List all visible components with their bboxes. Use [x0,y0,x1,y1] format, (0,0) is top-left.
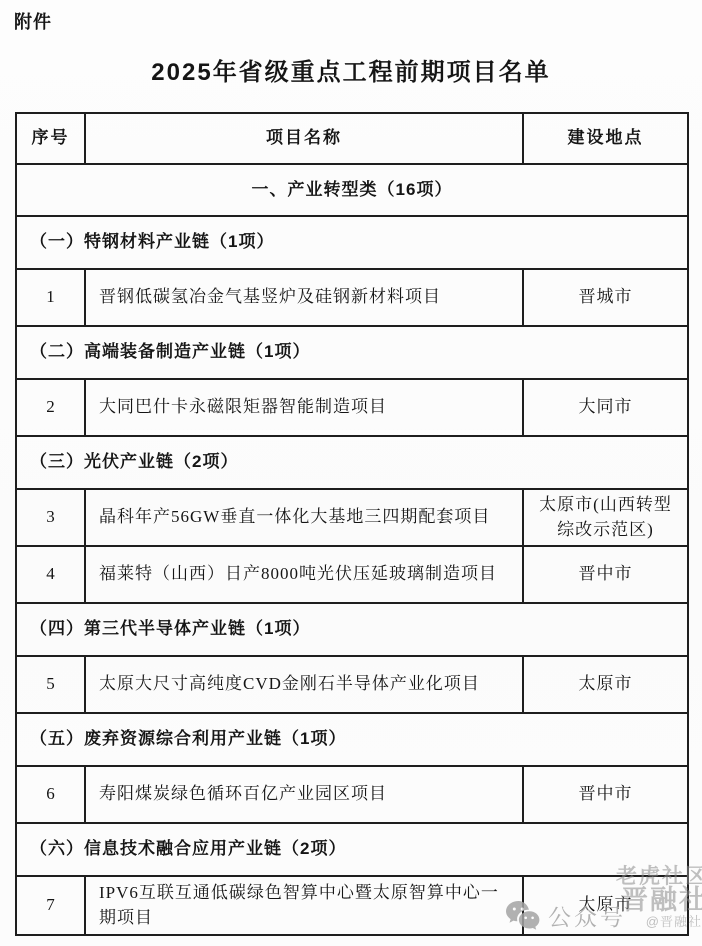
subsection-title: （三）光伏产业链（2项） [16,436,688,489]
subsection-title: （六）信息技术融合应用产业链（2项） [16,823,688,876]
table-row: 6 寿阳煤炭绿色循环百亿产业园区项目 晋中市 [16,766,688,823]
table-row: 5 太原大尺寸高纯度CVD金刚石半导体产业化项目 太原市 [16,656,688,713]
table-row: 2 大同巴什卡永磁限矩器智能制造项目 大同市 [16,379,688,436]
project-location: 晋城市 [523,269,688,326]
project-no: 1 [16,269,85,326]
project-location: 晋中市 [523,546,688,603]
subsection-row: （三）光伏产业链（2项） [16,436,688,489]
project-name: 寿阳煤炭绿色循环百亿产业园区项目 [85,766,523,823]
table-header-row: 序号 项目名称 建设地点 [16,113,688,164]
subsection-row: （二）高端装备制造产业链（1项） [16,326,688,379]
subsection-title: （一）特钢材料产业链（1项） [16,216,688,269]
column-header-no: 序号 [16,113,85,164]
project-name: 大同巴什卡永磁限矩器智能制造项目 [85,379,523,436]
project-location: 太原市 [523,876,688,935]
subsection-row: （四）第三代半导体产业链（1项） [16,603,688,656]
project-name: IPV6互联互通低碳绿色智算中心暨太原智算中心一期项目 [85,876,523,935]
page-title: 2025年省级重点工程前期项目名单 [0,52,702,87]
subsection-title: （二）高端装备制造产业链（1项） [16,326,688,379]
column-header-name: 项目名称 [85,113,523,164]
project-name: 福莱特（山西）日产8000吨光伏压延玻璃制造项目 [85,546,523,603]
table-row: 1 晋钢低碳氢冶金气基竖炉及硅钢新材料项目 晋城市 [16,269,688,326]
project-no: 5 [16,656,85,713]
projects-table: 序号 项目名称 建设地点 一、产业转型类（16项） （一）特钢材料产业链（1项）… [15,112,689,936]
table-row: 4 福莱特（山西）日产8000吨光伏压延玻璃制造项目 晋中市 [16,546,688,603]
project-location: 大同市 [523,379,688,436]
project-no: 6 [16,766,85,823]
project-location: 太原市(山西转型综改示范区) [523,489,688,546]
project-no: 7 [16,876,85,935]
table-row: 7 IPV6互联互通低碳绿色智算中心暨太原智算中心一期项目 太原市 [16,876,688,935]
table-row: 3 晶科年产56GW垂直一体化大基地三四期配套项目 太原市(山西转型综改示范区) [16,489,688,546]
subsection-row: （一）特钢材料产业链（1项） [16,216,688,269]
column-header-location: 建设地点 [523,113,688,164]
project-name: 太原大尺寸高纯度CVD金刚石半导体产业化项目 [85,656,523,713]
project-name: 晋钢低碳氢冶金气基竖炉及硅钢新材料项目 [85,269,523,326]
subsection-title: （四）第三代半导体产业链（1项） [16,603,688,656]
section-row: 一、产业转型类（16项） [16,164,688,216]
section-title: 一、产业转型类（16项） [16,164,688,216]
subsection-row: （六）信息技术融合应用产业链（2项） [16,823,688,876]
subsection-title: （五）废弃资源综合利用产业链（1项） [16,713,688,766]
project-no: 3 [16,489,85,546]
project-location: 晋中市 [523,766,688,823]
project-location: 太原市 [523,656,688,713]
subsection-row: （五）废弃资源综合利用产业链（1项） [16,713,688,766]
project-no: 2 [16,379,85,436]
project-no: 4 [16,546,85,603]
attachment-label: 附件 [14,8,52,34]
project-name: 晶科年产56GW垂直一体化大基地三四期配套项目 [85,489,523,546]
